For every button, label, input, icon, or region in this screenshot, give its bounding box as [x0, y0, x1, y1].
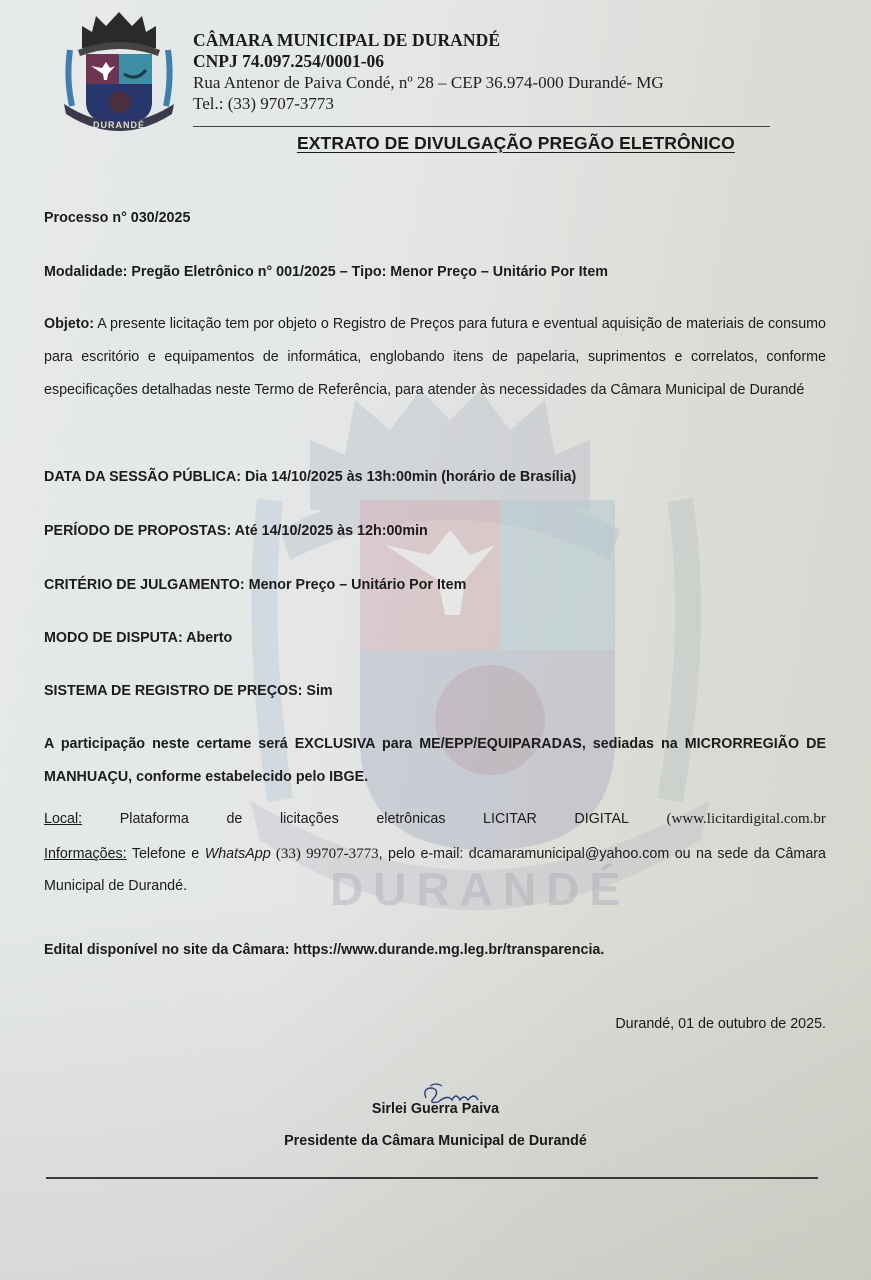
objeto-text: A presente licitação tem por objeto o Re…	[44, 316, 826, 398]
modalidade: Modalidade: Pregão Eletrônico n° 001/202…	[44, 264, 608, 280]
local-word: de	[226, 811, 242, 828]
letterhead: CÂMARA MUNICIPAL DE DURANDÉ CNPJ 74.097.…	[193, 30, 664, 114]
institution-name: CÂMARA MUNICIPAL DE DURANDÉ	[193, 30, 664, 51]
svg-text:DURANDÉ: DURANDÉ	[93, 120, 145, 130]
local-url-link[interactable]: (www.licitardigital.com.br	[667, 811, 826, 828]
objeto-paragraph: Objeto: A presente licitação tem por obj…	[44, 308, 826, 407]
footer-divider	[46, 1177, 818, 1179]
modalidade-value: Pregão Eletrônico n° 001/2025 – Tipo: Me…	[131, 264, 608, 280]
date-place: Durandé, 01 de outubro de 2025.	[615, 1016, 826, 1032]
signatory-name: Sirlei Guerra Paiva	[0, 1101, 871, 1117]
informacoes-paragraph: Informações: Telefone e WhatsApp (33) 99…	[44, 838, 826, 902]
modalidade-label: Modalidade:	[44, 264, 127, 280]
modo-disputa: MODO DE DISPUTA: Aberto	[44, 630, 232, 646]
header-divider	[193, 126, 770, 127]
criterio-julgamento: CRITÉRIO DE JULGAMENTO: Menor Preço – Un…	[44, 577, 466, 593]
institution-address: Rua Antenor de Paiva Condé, nº 28 – CEP …	[193, 72, 664, 93]
institution-cnpj: CNPJ 74.097.254/0001-06	[193, 51, 664, 72]
signatory-role: Presidente da Câmara Municipal de Durand…	[0, 1133, 871, 1149]
local-label: Local:	[44, 811, 82, 828]
informacoes-label: Informações:	[44, 846, 127, 862]
local-word: licitações	[280, 811, 339, 828]
local-word: LICITAR	[483, 811, 537, 828]
document-title: EXTRATO DE DIVULGAÇÃO PREGÃO ELETRÔNICO	[297, 133, 735, 154]
informacoes-text: Telefone e	[127, 846, 205, 862]
sistema-registro-precos: SISTEMA DE REGISTRO DE PREÇOS: Sim	[44, 683, 333, 699]
local-word: eletrônicas	[376, 811, 445, 828]
institution-phone: Tel.: (33) 9707-3773	[193, 93, 664, 114]
local-line: Local: Plataforma de licitações eletrôni…	[44, 811, 826, 828]
whatsapp-label: WhatsApp	[205, 846, 271, 862]
local-word: DIGITAL	[574, 811, 629, 828]
coat-of-arms-icon: DURANDÉ	[58, 8, 180, 134]
local-word: Plataforma	[120, 811, 189, 828]
data-sessao-publica: DATA DA SESSÃO PÚBLICA: Dia 14/10/2025 à…	[44, 469, 576, 485]
exclusividade-paragraph: A participação neste certame será EXCLUS…	[44, 728, 826, 794]
periodo-propostas: PERÍODO DE PROPOSTAS: Até 14/10/2025 às …	[44, 523, 428, 539]
processo-number: Processo n° 030/2025	[44, 210, 190, 226]
edital-link[interactable]: Edital disponível no site da Câmara: htt…	[44, 942, 604, 958]
whatsapp-phone: (33) 99707-3773	[271, 846, 379, 862]
objeto-label: Objeto:	[44, 316, 94, 332]
